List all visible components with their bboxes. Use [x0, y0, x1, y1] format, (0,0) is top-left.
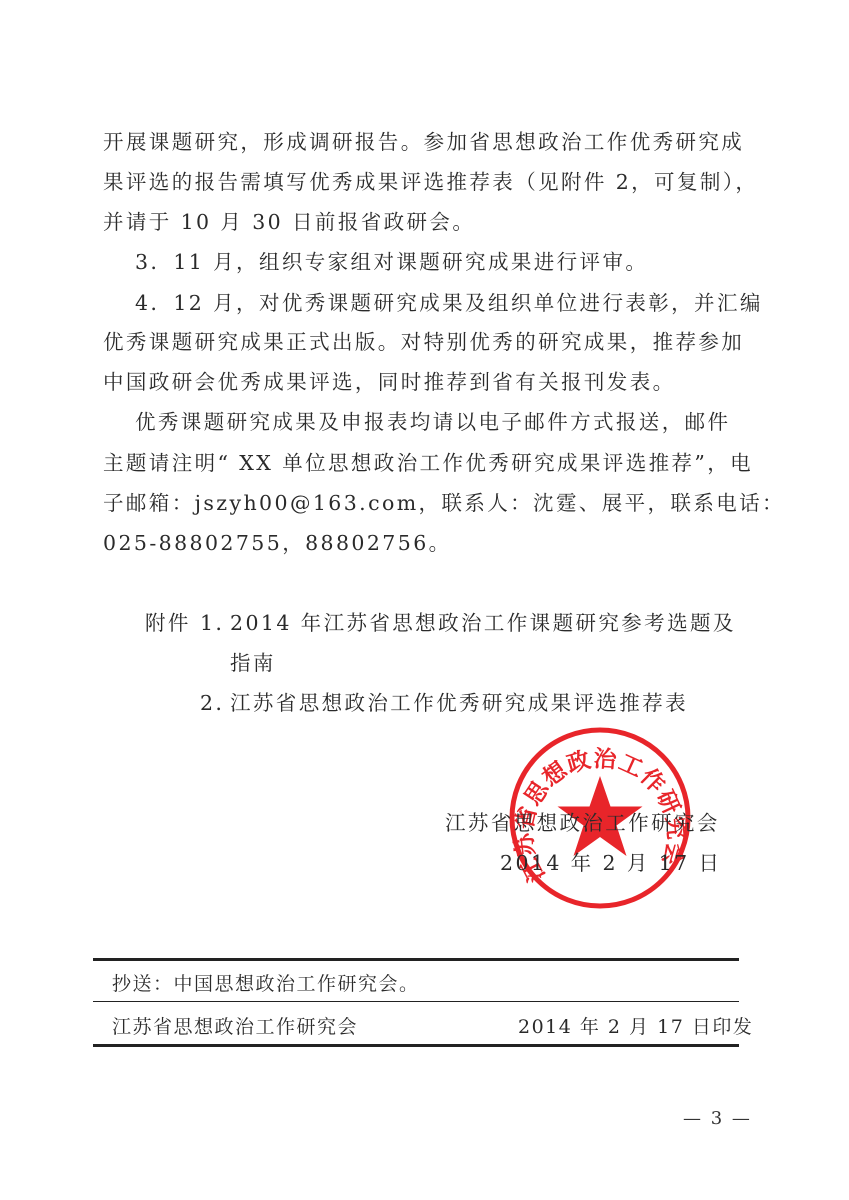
- attachment-title: 2014 年江苏省思想政治工作课题研究参考选题及: [230, 611, 736, 635]
- attachment-title: 江苏省思想政治工作优秀研究成果评选推荐表: [230, 691, 688, 715]
- list-item-4-line: 优秀课题研究成果正式出版。对特别优秀的研究成果，推荐参加: [103, 330, 744, 354]
- list-item-3: 3．11 月，组织专家组对课题研究成果进行评审。: [135, 250, 648, 274]
- contact-line: 优秀课题研究成果及申报表均请以电子邮件方式报送，邮件: [135, 410, 730, 434]
- issue-date: 2014 年 2 月 17 日印发: [518, 1016, 753, 1038]
- paragraph-line: 并请于 10 月 30 日前报省政研会。: [103, 210, 475, 234]
- attachment-title-cont: 指南: [230, 651, 276, 675]
- cc-line: 抄送：中国思想政治工作研究会。: [112, 973, 420, 995]
- signature-date: 2014 年 2 月 17 日: [500, 851, 721, 875]
- issuer: 江苏省思想政治工作研究会: [112, 1016, 358, 1038]
- paragraph-line: 开展课题研究，形成调研报告。参加省思想政治工作优秀研究成: [103, 130, 744, 154]
- list-item-4-line: 4．12 月，对优秀课题研究成果及组织单位进行表彰，并汇编: [135, 291, 763, 315]
- attachments-label: 附件: [145, 611, 191, 635]
- page-number: — 3 —: [683, 1108, 752, 1129]
- contact-line: 子邮箱：jszyh00@163.com，联系人：沈霆、展平，联系电话：: [103, 491, 785, 515]
- list-item-4-line: 中国政研会优秀成果评选，同时推荐到省有关报刊发表。: [103, 370, 676, 394]
- contact-line: 025-88802755，88802756。: [103, 531, 452, 555]
- contact-line: 主题请注明“ XX 单位思想政治工作优秀研究成果评选推荐”，电: [103, 451, 753, 475]
- signature-organization: 江苏省思想政治工作研究会: [445, 811, 720, 835]
- footer-top-rule: [93, 958, 739, 961]
- footer-bottom-rule: [93, 1044, 739, 1047]
- footer-middle-rule: [93, 1001, 739, 1002]
- paragraph-line: 果评选的报告需填写优秀成果评选推荐表（见附件 2，可复制），: [103, 170, 758, 194]
